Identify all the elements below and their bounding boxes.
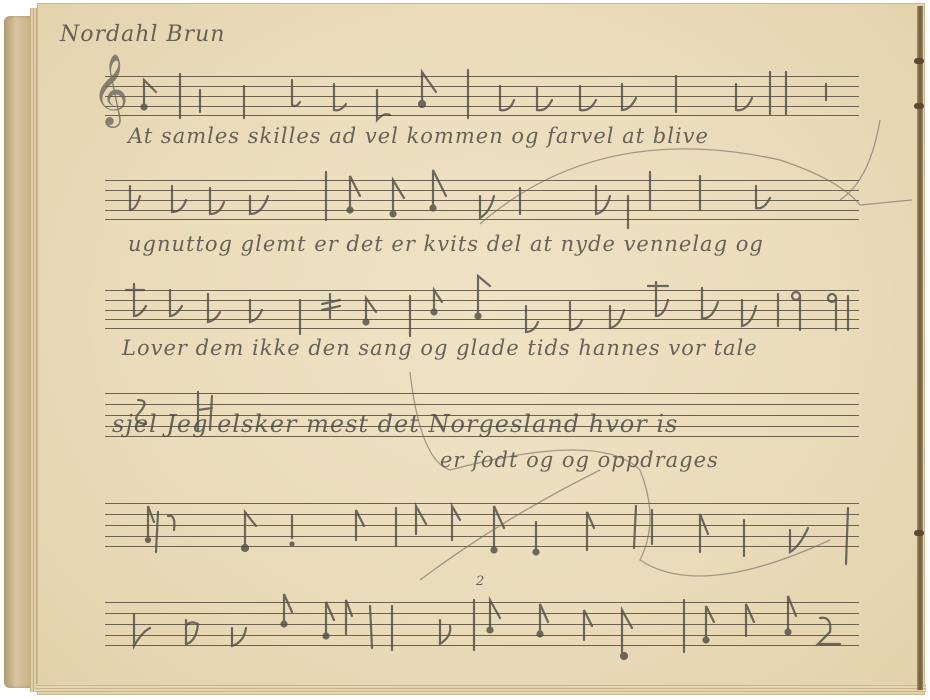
notebook: Nordahl Brun 𝄞 At samles skilles ad vel … bbox=[0, 0, 930, 700]
handwritten-notes bbox=[0, 0, 930, 700]
